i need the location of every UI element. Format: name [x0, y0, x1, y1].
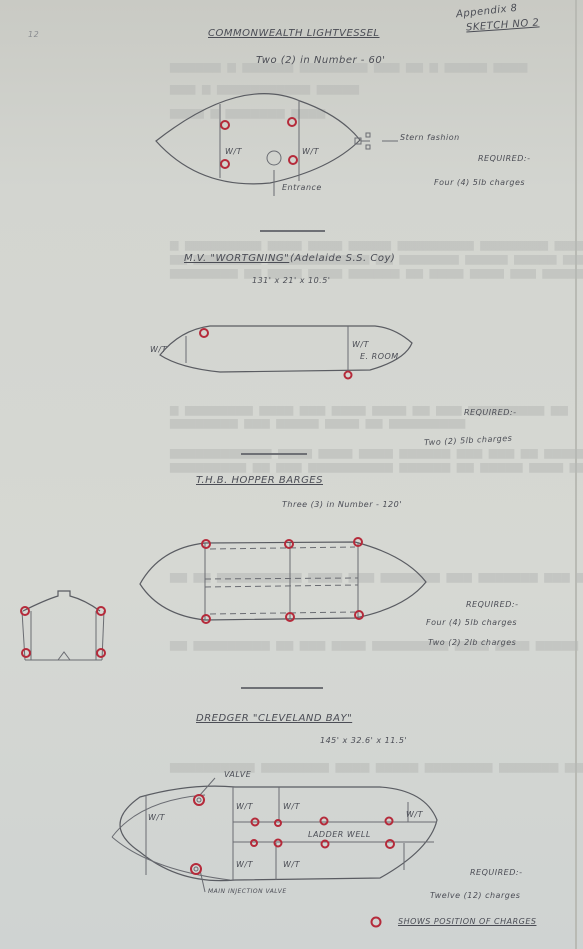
hopper-section-drawing	[21, 591, 105, 660]
ship-sketches	[0, 0, 583, 949]
hopper-barge-drawing	[140, 538, 426, 623]
document-page: ▆▆▆▆▆▆ ▆ ▆▆▆▆▆▆ ▆▆▆▆▆▆▆▆ ▆▆▆ ▆▆ ▆ ▆▆▆▆▆ …	[0, 0, 583, 949]
lightvessel-drawing	[156, 94, 398, 196]
dredger-drawing	[112, 778, 437, 892]
legend-charge-icon	[372, 918, 381, 927]
wortgning-drawing	[160, 326, 412, 379]
